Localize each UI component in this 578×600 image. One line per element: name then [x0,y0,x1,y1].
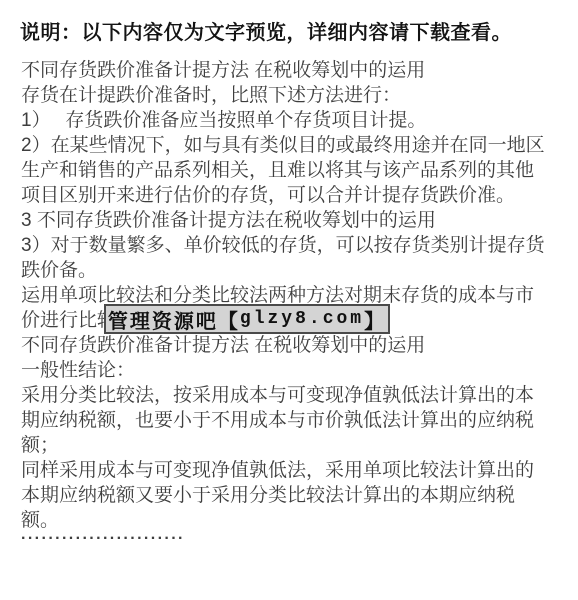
document-body: 不同存货跌价准备计提方法 在税收筹划中的运用 存货在计提跌价准备时，比照下述方法… [21,58,577,533]
document-preview-page: 说明：以下内容仅为文字预览，详细内容请下载查看。 不同存货跌价准备计提方法 在税… [0,0,578,600]
text-line: 额； [21,433,577,458]
text-line: 同样采用成本与可变现净值孰低法，采用单项比较法计算出的 [21,458,577,483]
text-line: 生产和销售的产品系列相关，且难以将其与该产品系列的其他 [21,158,577,183]
watermark-site-text: glzy8.com [240,309,364,329]
watermark-bracket-open: 【 [218,305,240,334]
preview-notice: 说明：以下内容仅为文字预览，详细内容请下载查看。 [20,16,512,45]
text-line: 3 不同存货跌价准备计提方法在税收筹划中的运用 [21,208,577,233]
watermark-bracket-close: 】 [364,305,386,334]
text-line: 2）在某些情况下，如与具有类似目的或最终用途并在同一地区 [21,133,577,158]
text-line: 1） 存货跌价准备应当按照单个存货项目计提。 [21,108,577,133]
text-line: 跌价备。 [21,258,577,283]
watermark-label: 管理资源吧 [108,305,218,334]
text-line: 不同存货跌价准备计提方法 在税收筹划中的运用 [21,333,577,358]
text-line: 存货在计提跌价准备时，比照下述方法进行： [21,83,577,108]
watermark-badge: 管理资源吧【glzy8.com】 [104,304,390,334]
ellipsis-row: ························ [21,529,185,549]
text-line: 期应纳税额，也要小于不用成本与市价孰低法计算出的应纳税 [21,408,577,433]
text-line: 本期应纳税额又要小于采用分类比较法计算出的本期应纳税 [21,483,577,508]
text-line: 3）对于数量繁多、单价较低的存货，可以按存货类别计提存货 [21,233,577,258]
text-line: 项目区别开来进行估价的存货，可以合并计提存货跌价准。 [21,183,577,208]
text-line: 采用分类比较法，按采用成本与可变现净值孰低法计算出的本 [21,383,577,408]
text-line: 不同存货跌价准备计提方法 在税收筹划中的运用 [21,58,577,83]
text-line: 一般性结论： [21,358,577,383]
